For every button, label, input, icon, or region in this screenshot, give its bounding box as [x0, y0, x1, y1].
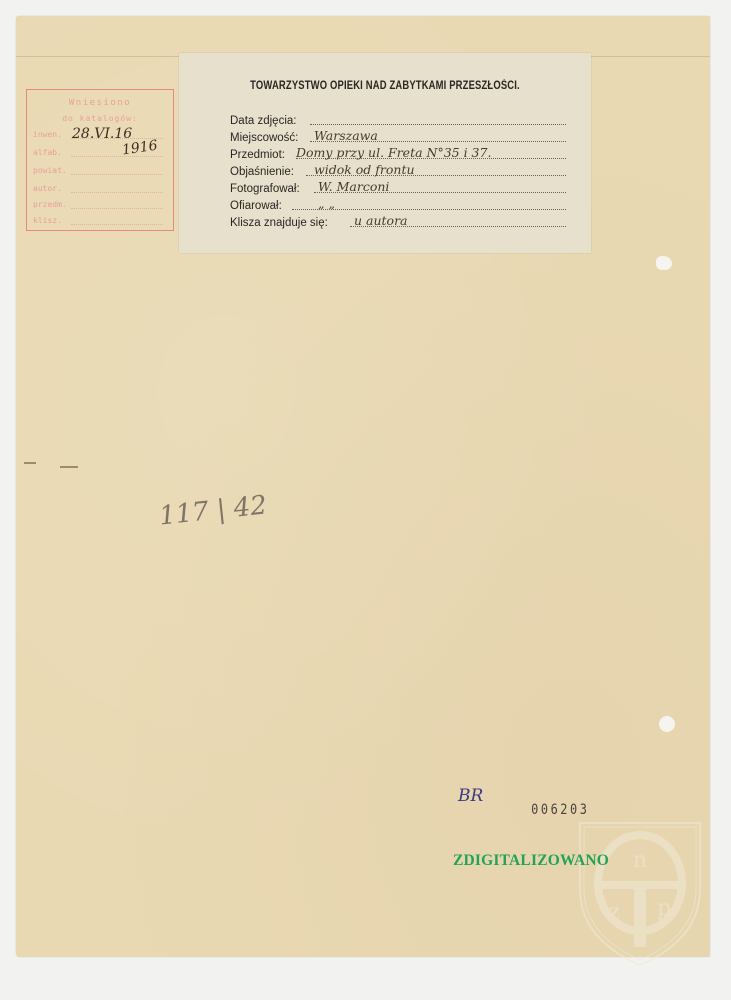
pencil-signature: 117 | 42 — [158, 490, 269, 531]
society-label-card: TOWARZYSTWO OPIEKI NAD ZABYTKAMI PRZESZŁ… — [179, 53, 591, 253]
nzp-shield-watermark-icon: n z p — [576, 819, 704, 969]
handwritten-inventory-date: 28.VI.16 — [72, 126, 132, 142]
svg-text:p: p — [657, 896, 671, 921]
stamp-heading: Wniesiono — [27, 98, 173, 108]
stamp-row: klisz. — [33, 216, 167, 226]
field-date: Data zdjęcia: — [230, 110, 566, 127]
stamp-row: autor. — [33, 184, 167, 194]
inventory-number: 006203 — [531, 802, 589, 818]
ink-mark — [60, 466, 78, 468]
field-photographer: Fotografował: W. Marconi — [230, 178, 566, 195]
svg-text:n: n — [633, 848, 647, 873]
field-negative-location: Klisza znajduje się: u autora — [230, 212, 566, 229]
field-donor: Ofiarował: „ „ — [230, 195, 566, 212]
svg-text:z: z — [608, 900, 620, 925]
stamp-subheading: do katalogów: — [27, 114, 173, 123]
stamp-row: przedm. — [33, 200, 167, 210]
field-location: Miejscowość: Warszawa — [230, 127, 566, 144]
catalogue-stamp: Wniesiono do katalogów: inwen. alfab. po… — [26, 89, 174, 231]
document-page: Wniesiono do katalogów: inwen. alfab. po… — [16, 16, 710, 957]
ink-mark — [24, 462, 36, 464]
field-explanation: Objaśnienie: widok od frontu — [230, 161, 566, 178]
ink-initials: BR — [458, 786, 483, 806]
card-title: TOWARZYSTWO OPIEKI NAD ZABYTKAMI PRZESZŁ… — [216, 80, 554, 92]
punch-hole-top — [656, 256, 672, 270]
field-subject: Przedmiot: Domy przy ul. Freta N°35 i 37… — [230, 144, 566, 161]
stamp-row: powiat. — [33, 166, 167, 176]
digitized-stamp: ZDIGITALIZOWANO — [453, 852, 609, 870]
punch-hole-bottom — [659, 716, 675, 732]
